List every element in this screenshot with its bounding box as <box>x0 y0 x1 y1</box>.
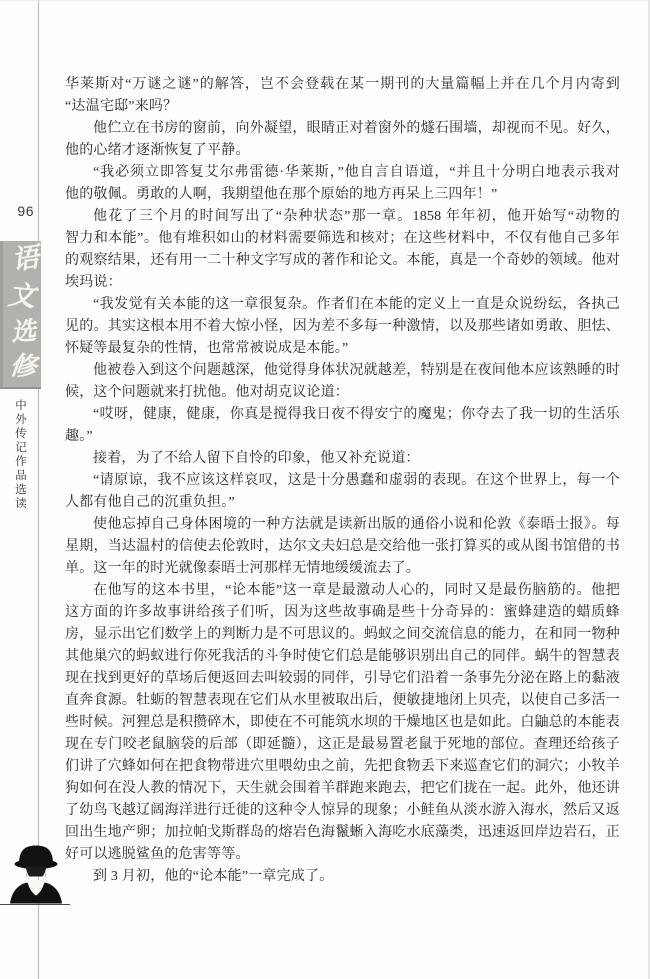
text-line: 接着，为了不给人留下自怜的印象，他又补充说道： <box>65 448 620 470</box>
page-number: 96 <box>0 203 34 219</box>
text-line: 的观察结果，还有用一二十种文字写成的著作和论文。本能，真是一个奇妙的领域。他对 <box>65 250 620 272</box>
text-line: 了幼鸟飞越辽阔海洋进行迁徙的这种令人惊异的现象；小鲑鱼从淡水游入海水，然后又返 <box>65 800 620 822</box>
text-line: 现在专门咬老鼠脑袋的后部（即延髓），这正是最易置老鼠于死地的部位。查理还给孩子 <box>65 734 620 756</box>
series-banner: 语文选修 <box>0 241 41 389</box>
text-line: 他被卷入到这个问题越深，他觉得身体状况就越差，特别是在夜间他本应该熟睡的时 <box>65 360 620 382</box>
text-line: 智力和本能”。他有堆积如山的材料需要筛选和核对；在这些材料中，不仅有他自己多年 <box>65 228 620 250</box>
text-line: 使他忘掉自己身体困境的一种方法就是读新出版的通俗小说和伦敦《泰晤士报》。每 <box>65 514 620 536</box>
text-line: 些时候。河狸总是积攒碎木，即使在不可能筑水坝的干燥地区也是如此。白鼬总的本能表 <box>65 712 620 734</box>
text-line: 华莱斯对“万谜之谜”的解答，岂不会登载在某一期刊的大量篇幅上并在几个月内寄到 <box>65 74 620 96</box>
text-line: 单。这一年的时光就像泰晤士河那样无情地缓缓流去了。 <box>65 558 620 580</box>
text-line: 好可以逃脱鲨鱼的危害等等。 <box>65 844 620 866</box>
text-line: 趣。” <box>65 426 620 448</box>
text-line: 在他写的这本书里，“论本能”这一章是最激动人心的，同时又是最伤脑筋的。他把 <box>65 580 620 602</box>
text-line: 直奔食源。牡蛎的智慧表现在它们从水里被取出后，便敏捷地闭上贝壳，以使自己多活一 <box>65 690 620 712</box>
subseries-title: 中外传记作品选读 <box>13 399 29 519</box>
text-line: 房，显示出它们数学上的判断力是不可思议的。蚂蚁之间交流信息的能力，在和同一物种 <box>65 624 620 646</box>
text-line: 埃玛说： <box>65 272 620 294</box>
series-banner-char: 语 <box>9 242 40 278</box>
darwin-portrait-icon <box>7 843 69 904</box>
series-banner-char: 修 <box>8 351 37 385</box>
text-line: 狗如何在没人教的情况下，天生就会围着羊群跑来跑去，把它们拢在一起。此外，他还讲 <box>65 778 620 800</box>
text-line: 人都有他自己的沉重负担。” <box>65 492 620 514</box>
text-line: “达温宅邸”来吗？ <box>65 96 620 118</box>
text-line: 见的。其实这根本用不着大惊小怪，因为差不多每一种激情，以及那些诸如勇敢、胆怯、 <box>65 316 620 338</box>
text-line: 回出生地产卵；加拉帕戈斯群岛的熔岩色海鬣蜥入海吃水底藻类，迅速返回岸边岩石，正 <box>65 822 620 844</box>
text-line: 这方面的许多故事讲给孩子们听，因为这些故事确是些十分奇异的：蜜蜂建造的蜡质蜂 <box>65 602 620 624</box>
text-line: “我必须立即答复艾尔弗雷德·华莱斯，”他自言自语道，“并且十分明白地表示我对 <box>65 162 620 184</box>
text-line: 到 3 月初，他的“论本能”一章完成了。 <box>65 866 620 888</box>
text-line: 怀疑等最复杂的性情，也常常被说成是本能。” <box>65 338 620 360</box>
text-line: 星期，当达温村的信使去伦敦时，达尔文夫妇总是交给他一张打算买的或从图书馆借的书 <box>65 536 620 558</box>
text-line: “哎呀，健康，健康，你真是搅得我日夜不得安宁的魔鬼；你夺去了我一切的生活乐 <box>65 404 620 426</box>
body-text: 华莱斯对“万谜之谜”的解答，岂不会登载在某一期刊的大量篇幅上并在几个月内寄到“达… <box>65 74 620 888</box>
series-banner-char: 选 <box>10 316 38 348</box>
text-line: 们讲了穴蜂如何在把食物带进穴里喂幼虫之前，先把食物丢下来巡查它们的洞穴；小牧羊 <box>65 756 620 778</box>
text-line: 他花了三个月的时间写出了“杂种状态”那一章。1858 年年初，他开始写“动物的 <box>65 206 620 228</box>
portrait-underline <box>0 904 70 905</box>
series-banner-char: 文 <box>6 279 36 314</box>
text-line: 他的敬佩。勇敢的人啊，我期望他在那个原始的地方再呆上三四年！” <box>65 184 620 206</box>
text-line: 他的心绪才逐渐恢复了平静。 <box>65 140 620 162</box>
book-page: 96 语文选修 中外传记作品选读 华莱斯对“万谜之谜”的解答，岂不会登载在某一期… <box>0 0 650 979</box>
text-line: 他伫立在书房的窗前，向外凝望，眼睛正对着窗外的燧石围墙，却视而不见。好久， <box>65 118 620 140</box>
text-line: 其他巢穴的蚂蚁进行你死我活的斗争时使它们总是能够识别出自己的同伴。蜗牛的智慧表 <box>65 646 620 668</box>
text-line: “请原谅，我不应该这样哀叹，这是十分愚蠢和虚弱的表现。在这个世界上，每一个 <box>65 470 620 492</box>
text-line: “我发觉有关本能的这一章很复杂。作者们在本能的定义上一直是众说纷纭，各执己 <box>65 294 620 316</box>
margin-divider-line <box>38 1 39 979</box>
text-line: 候，这个问题就来打扰他。他对胡克议论道： <box>65 382 620 404</box>
text-line: 现在找到更好的草场后便返回去叫较弱的同伴，引导它们沿着一条事先分泌在路上的黏液 <box>65 668 620 690</box>
